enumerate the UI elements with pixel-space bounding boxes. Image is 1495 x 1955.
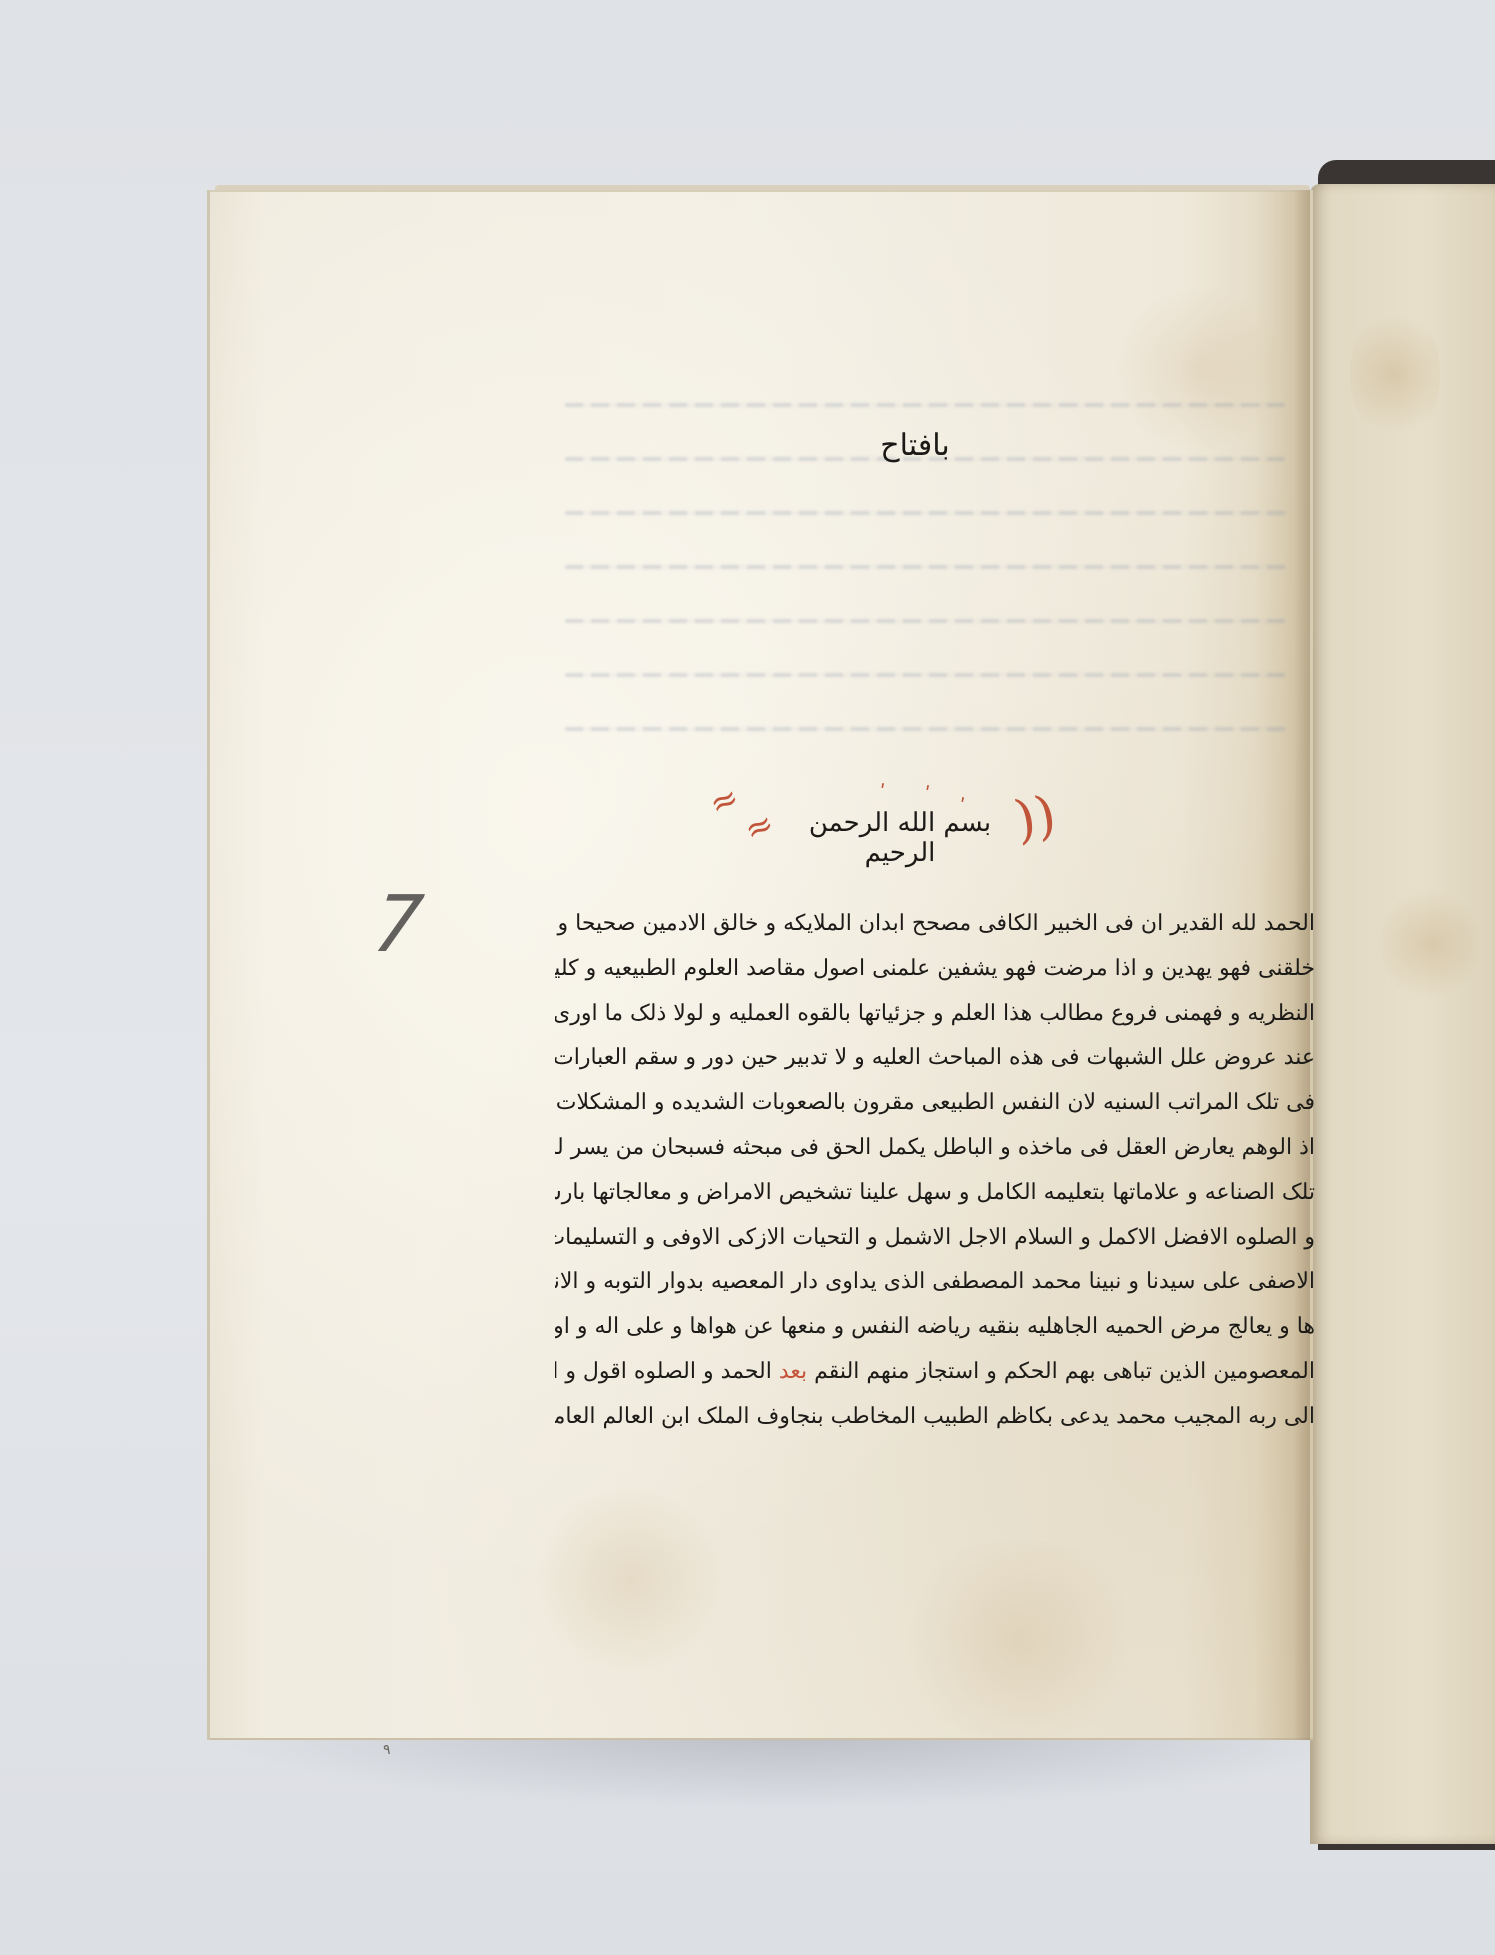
text-line: ها و یعالج مرض الحمیه الجاهلیه بنقیه ریا… [555, 1305, 1315, 1350]
text-line: اذ الوهم یعارض العقل فی ماخذه و الباطل ی… [555, 1126, 1315, 1171]
foliation-mark: ٩ [383, 1742, 391, 1758]
text-line: فی تلک المراتب السنیه لان النفس الطبیعی … [555, 1081, 1315, 1126]
rubric-ornament-icon: ʹ [880, 782, 886, 802]
text-line-with-rubric: المعصومین الذین تباهی بهم الحکم و استجاز… [555, 1350, 1315, 1395]
text-line: الحمد لله القدیر ان فی الخبیر الکافی مصح… [555, 902, 1315, 947]
rubric-ornament-icon: ʹ [925, 784, 931, 804]
text-line: تلک الصناعه و علاماتها بتعلیمه الکامل و … [555, 1171, 1315, 1216]
text-line: و الصلوه الافضل الاکمل و السلام الاجل ال… [555, 1216, 1315, 1261]
text-line: خلقنی فهو یهدین و اذا مرضت فهو یشفین علم… [555, 947, 1315, 992]
basmala-block: )) ≈ ≈ ʹ ʹ ʹ بسم الله الرحمن الرحیم [690, 790, 1090, 870]
rubric-ornament-icon: ≈ [739, 806, 779, 849]
main-text: الحمد لله القدیر ان فی الخبیر الکافی مصح… [555, 902, 1315, 1440]
text-line: الی ربه المجیب محمد یدعی بکاظم الطبیب ال… [555, 1395, 1315, 1440]
text-line: الاصفی علی سیدنا و نبینا محمد المصطفی ال… [555, 1260, 1315, 1305]
basmala: بسم الله الرحمن الرحیم [800, 808, 1000, 868]
page-heading: بافتاح [845, 428, 985, 463]
rubric-word: بعد [779, 1359, 807, 1384]
text-line: النظریه و فهمنی فروع مطالب هذا العلم و ج… [555, 992, 1315, 1037]
text-line: عند عروض علل الشبهات فی هذه المباحث العل… [555, 1036, 1315, 1081]
facing-page-edge [1310, 184, 1495, 1844]
rubric-ornament-icon: )) [1011, 789, 1060, 847]
